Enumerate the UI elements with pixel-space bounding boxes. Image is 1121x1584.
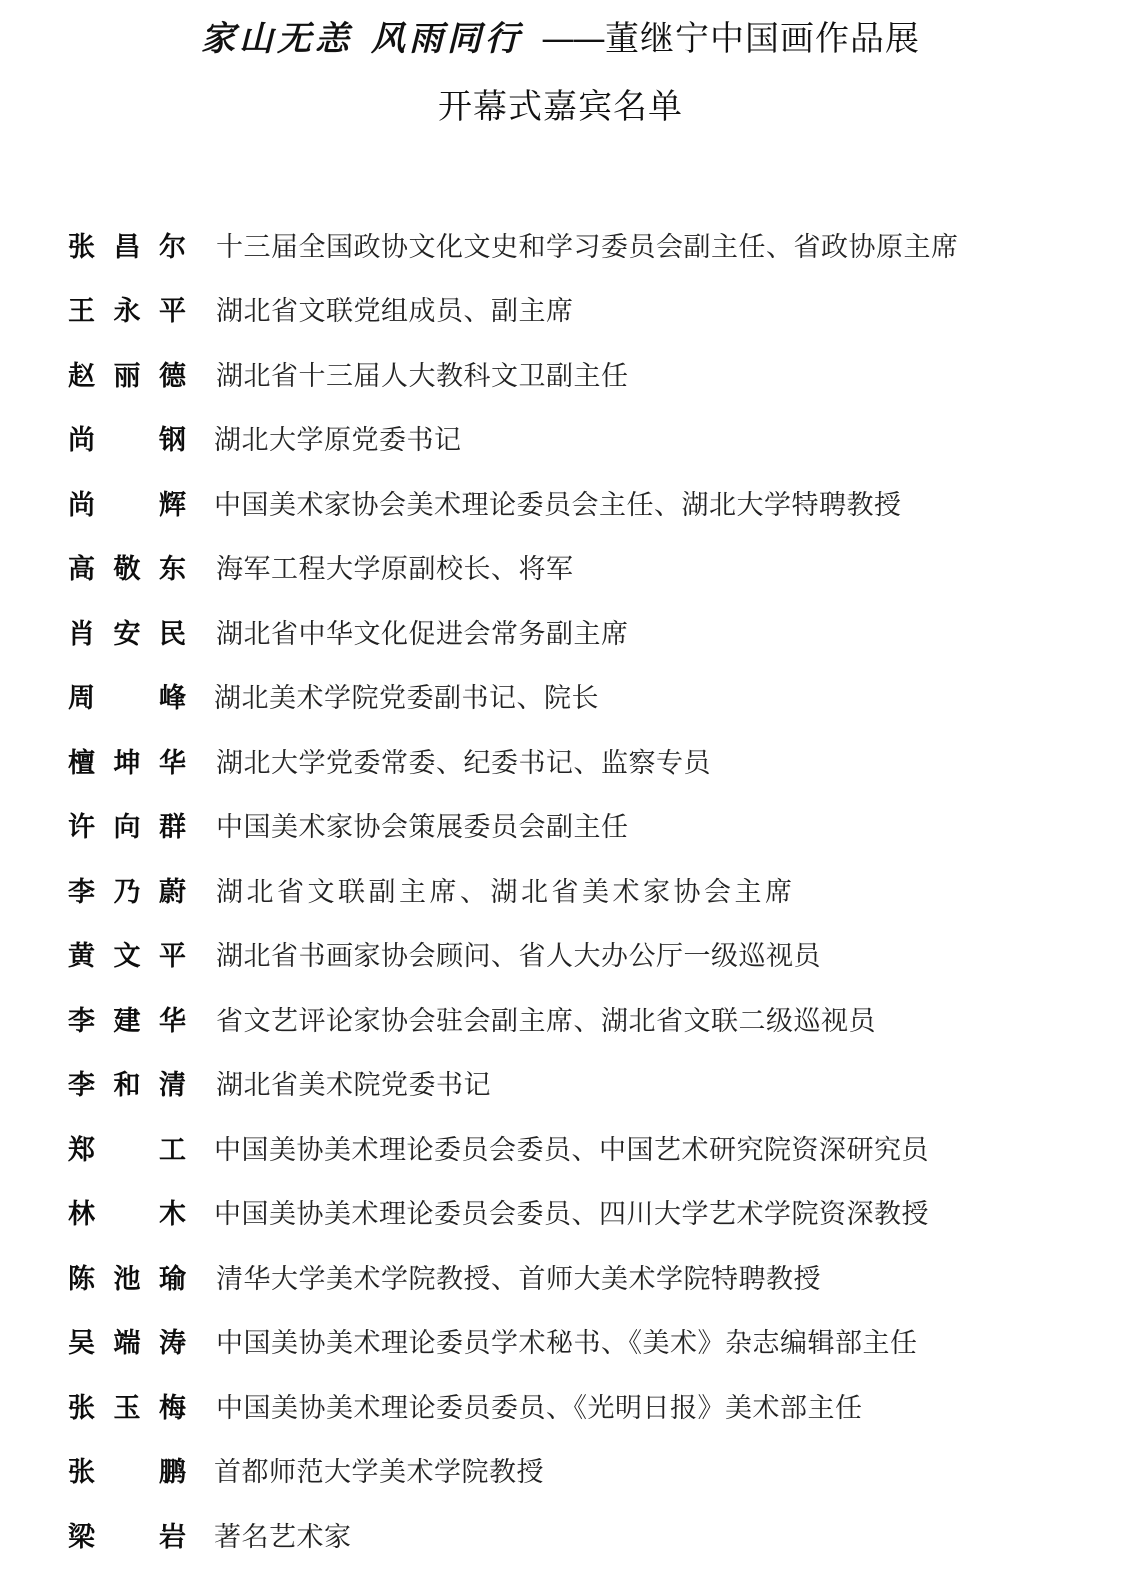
guest-row: 陈池瑜 清华大学美术学院教授、首师大美术学院特聘教授: [68, 1244, 1068, 1309]
name-char: 端: [114, 1321, 141, 1360]
guest-name: 陈池瑜: [68, 1257, 216, 1296]
guest-row: 张鹏 首都师范大学美术学院教授: [68, 1438, 1068, 1503]
name-char: 和: [114, 1063, 141, 1102]
name-char: 鹏: [159, 1450, 186, 1489]
name-char: 玉: [114, 1386, 141, 1425]
name-char: 涛: [159, 1321, 186, 1360]
name-char: 林: [68, 1192, 95, 1231]
guest-name: 郑工: [68, 1128, 186, 1167]
name-char: 高: [68, 547, 95, 586]
guest-title: 中国美协美术理论委员会委员、四川大学艺术学院资深教授: [214, 1192, 929, 1231]
guest-name: 黄文平: [68, 934, 216, 973]
guest-title: 湖北美术学院党委副书记、院长: [214, 676, 599, 715]
title-calligraphy-part-2: 风雨同行: [371, 19, 523, 59]
name-char: 平: [159, 934, 186, 973]
name-char: 华: [159, 999, 186, 1038]
name-char: 敬: [114, 547, 141, 586]
guest-title: 中国美协美术理论委员委员、《光明日报》美术部主任: [216, 1386, 863, 1425]
name-char: 清: [159, 1063, 186, 1102]
name-char: 建: [114, 999, 141, 1038]
guest-row: 林木 中国美协美术理论委员会委员、四川大学艺术学院资深教授: [68, 1180, 1068, 1245]
guest-name: 赵丽德: [68, 354, 216, 393]
guest-title: 中国美术家协会美术理论委员会主任、湖北大学特聘教授: [214, 483, 902, 522]
name-char: 东: [159, 547, 186, 586]
name-char: 檀: [68, 741, 95, 780]
name-char: 王: [68, 289, 95, 328]
name-char: 张: [68, 225, 95, 264]
name-char: 周: [68, 676, 95, 715]
guest-name: 张昌尔: [68, 225, 216, 264]
name-char: 尚: [68, 418, 95, 457]
guest-row: 高敬东 海军工程大学原副校长、将军: [68, 535, 1068, 600]
name-char: 工: [159, 1128, 186, 1167]
name-char: 郑: [68, 1128, 95, 1167]
title-main: 董继宁中国画作品展: [605, 19, 920, 59]
guest-row: 檀坤华 湖北大学党委常委、纪委书记、监察专员: [68, 728, 1068, 793]
name-char: 丽: [114, 354, 141, 393]
guest-name: 张鹏: [68, 1450, 186, 1489]
guest-row: 郑工 中国美协美术理论委员会委员、中国艺术研究院资深研究员: [68, 1115, 1068, 1180]
name-char: 梁: [68, 1515, 95, 1554]
name-char: 肖: [68, 612, 95, 651]
guest-name: 吴端涛: [68, 1321, 216, 1360]
name-char: 黄: [68, 934, 95, 973]
title-dash: ——: [541, 19, 603, 59]
name-char: 张: [68, 1386, 95, 1425]
name-char: 德: [159, 354, 186, 393]
guest-row: 梁岩 著名艺术家: [68, 1502, 1068, 1567]
guest-title: 省文艺评论家协会驻会副主席、湖北省文联二级巡视员: [216, 999, 876, 1038]
name-char: 木: [159, 1192, 186, 1231]
name-char: 昌: [114, 225, 141, 264]
name-char: 安: [114, 612, 141, 651]
name-char: 李: [68, 999, 95, 1038]
guest-row: 吴端涛 中国美协美术理论委员学术秘书、《美术》杂志编辑部主任: [68, 1309, 1068, 1374]
guest-name: 王永平: [68, 289, 216, 328]
guest-title: 湖北省文联副主席、湖北省美术家协会主席: [216, 870, 796, 909]
name-char: 尔: [159, 225, 186, 264]
guest-name: 尚钢: [68, 418, 186, 457]
guest-title: 湖北省中华文化促进会常务副主席: [216, 612, 629, 651]
guest-name: 林木: [68, 1192, 186, 1231]
guest-name: 李建华: [68, 999, 216, 1038]
guest-name: 李乃蔚: [68, 870, 216, 909]
name-char: 陈: [68, 1257, 95, 1296]
guest-title: 湖北大学原党委书记: [214, 418, 462, 457]
document-title: 家山无恙风雨同行——董继宁中国画作品展: [0, 14, 1121, 64]
name-char: 张: [68, 1450, 95, 1489]
name-char: 向: [114, 805, 141, 844]
guest-list: 张昌尔 十三届全国政协文化文史和学习委员会副主任、省政协原主席 王永平 湖北省文…: [68, 212, 1068, 1567]
guest-title: 中国美协美术理论委员学术秘书、《美术》杂志编辑部主任: [216, 1321, 918, 1360]
guest-title: 中国美协美术理论委员会委员、中国艺术研究院资深研究员: [214, 1128, 929, 1167]
name-char: 华: [159, 741, 186, 780]
name-char: 钢: [159, 418, 186, 457]
name-char: 岩: [159, 1515, 186, 1554]
guest-row: 李建华 省文艺评论家协会驻会副主席、湖北省文联二级巡视员: [68, 986, 1068, 1051]
name-char: 蔚: [159, 870, 186, 909]
guest-name: 肖安民: [68, 612, 216, 651]
name-char: 李: [68, 870, 95, 909]
name-char: 赵: [68, 354, 95, 393]
guest-row: 黄文平 湖北省书画家协会顾问、省人大办公厅一级巡视员: [68, 922, 1068, 987]
name-char: 吴: [68, 1321, 95, 1360]
guest-title: 湖北省十三届人大教科文卫副主任: [216, 354, 629, 393]
name-char: 许: [68, 805, 95, 844]
guest-name: 李和清: [68, 1063, 216, 1102]
guest-name: 高敬东: [68, 547, 216, 586]
guest-row: 张昌尔 十三届全国政协文化文史和学习委员会副主任、省政协原主席: [68, 212, 1068, 277]
guest-title: 海军工程大学原副校长、将军: [216, 547, 574, 586]
name-char: 永: [114, 289, 141, 328]
name-char: 李: [68, 1063, 95, 1102]
guest-title: 湖北省文联党组成员、副主席: [216, 289, 574, 328]
guest-row: 肖安民 湖北省中华文化促进会常务副主席: [68, 599, 1068, 664]
guest-row: 李乃蔚 湖北省文联副主席、湖北省美术家协会主席: [68, 857, 1068, 922]
name-char: 尚: [68, 483, 95, 522]
name-char: 群: [159, 805, 186, 844]
name-char: 瑜: [159, 1257, 186, 1296]
guest-name: 张玉梅: [68, 1386, 216, 1425]
guest-row: 王永平 湖北省文联党组成员、副主席: [68, 277, 1068, 342]
guest-row: 尚辉 中国美术家协会美术理论委员会主任、湖北大学特聘教授: [68, 470, 1068, 535]
name-char: 峰: [159, 676, 186, 715]
guest-row: 尚钢 湖北大学原党委书记: [68, 406, 1068, 471]
document-subtitle: 开幕式嘉宾名单: [0, 83, 1121, 131]
name-char: 坤: [114, 741, 141, 780]
guest-name: 檀坤华: [68, 741, 216, 780]
title-calligraphy-part-1: 家山无恙: [201, 19, 353, 59]
guest-title: 湖北省美术院党委书记: [216, 1063, 491, 1102]
name-char: 文: [114, 934, 141, 973]
guest-name: 周峰: [68, 676, 186, 715]
name-char: 梅: [159, 1386, 186, 1425]
guest-title: 十三届全国政协文化文史和学习委员会副主任、省政协原主席: [216, 225, 959, 264]
guest-title: 湖北大学党委常委、纪委书记、监察专员: [216, 741, 711, 780]
name-char: 池: [114, 1257, 141, 1296]
guest-title: 中国美术家协会策展委员会副主任: [216, 805, 629, 844]
guest-title: 清华大学美术学院教授、首师大美术学院特聘教授: [216, 1257, 821, 1296]
name-char: 乃: [114, 870, 141, 909]
name-char: 平: [159, 289, 186, 328]
name-char: 民: [159, 612, 186, 651]
guest-name: 梁岩: [68, 1515, 186, 1554]
name-char: 辉: [159, 483, 186, 522]
guest-row: 李和清 湖北省美术院党委书记: [68, 1051, 1068, 1116]
guest-name: 尚辉: [68, 483, 186, 522]
guest-row: 赵丽德 湖北省十三届人大教科文卫副主任: [68, 341, 1068, 406]
guest-name: 许向群: [68, 805, 216, 844]
guest-row: 周峰 湖北美术学院党委副书记、院长: [68, 664, 1068, 729]
guest-row: 许向群 中国美术家协会策展委员会副主任: [68, 793, 1068, 858]
guest-row: 张玉梅 中国美协美术理论委员委员、《光明日报》美术部主任: [68, 1373, 1068, 1438]
guest-title: 湖北省书画家协会顾问、省人大办公厅一级巡视员: [216, 934, 821, 973]
guest-title: 首都师范大学美术学院教授: [214, 1450, 544, 1489]
guest-title: 著名艺术家: [214, 1515, 352, 1554]
